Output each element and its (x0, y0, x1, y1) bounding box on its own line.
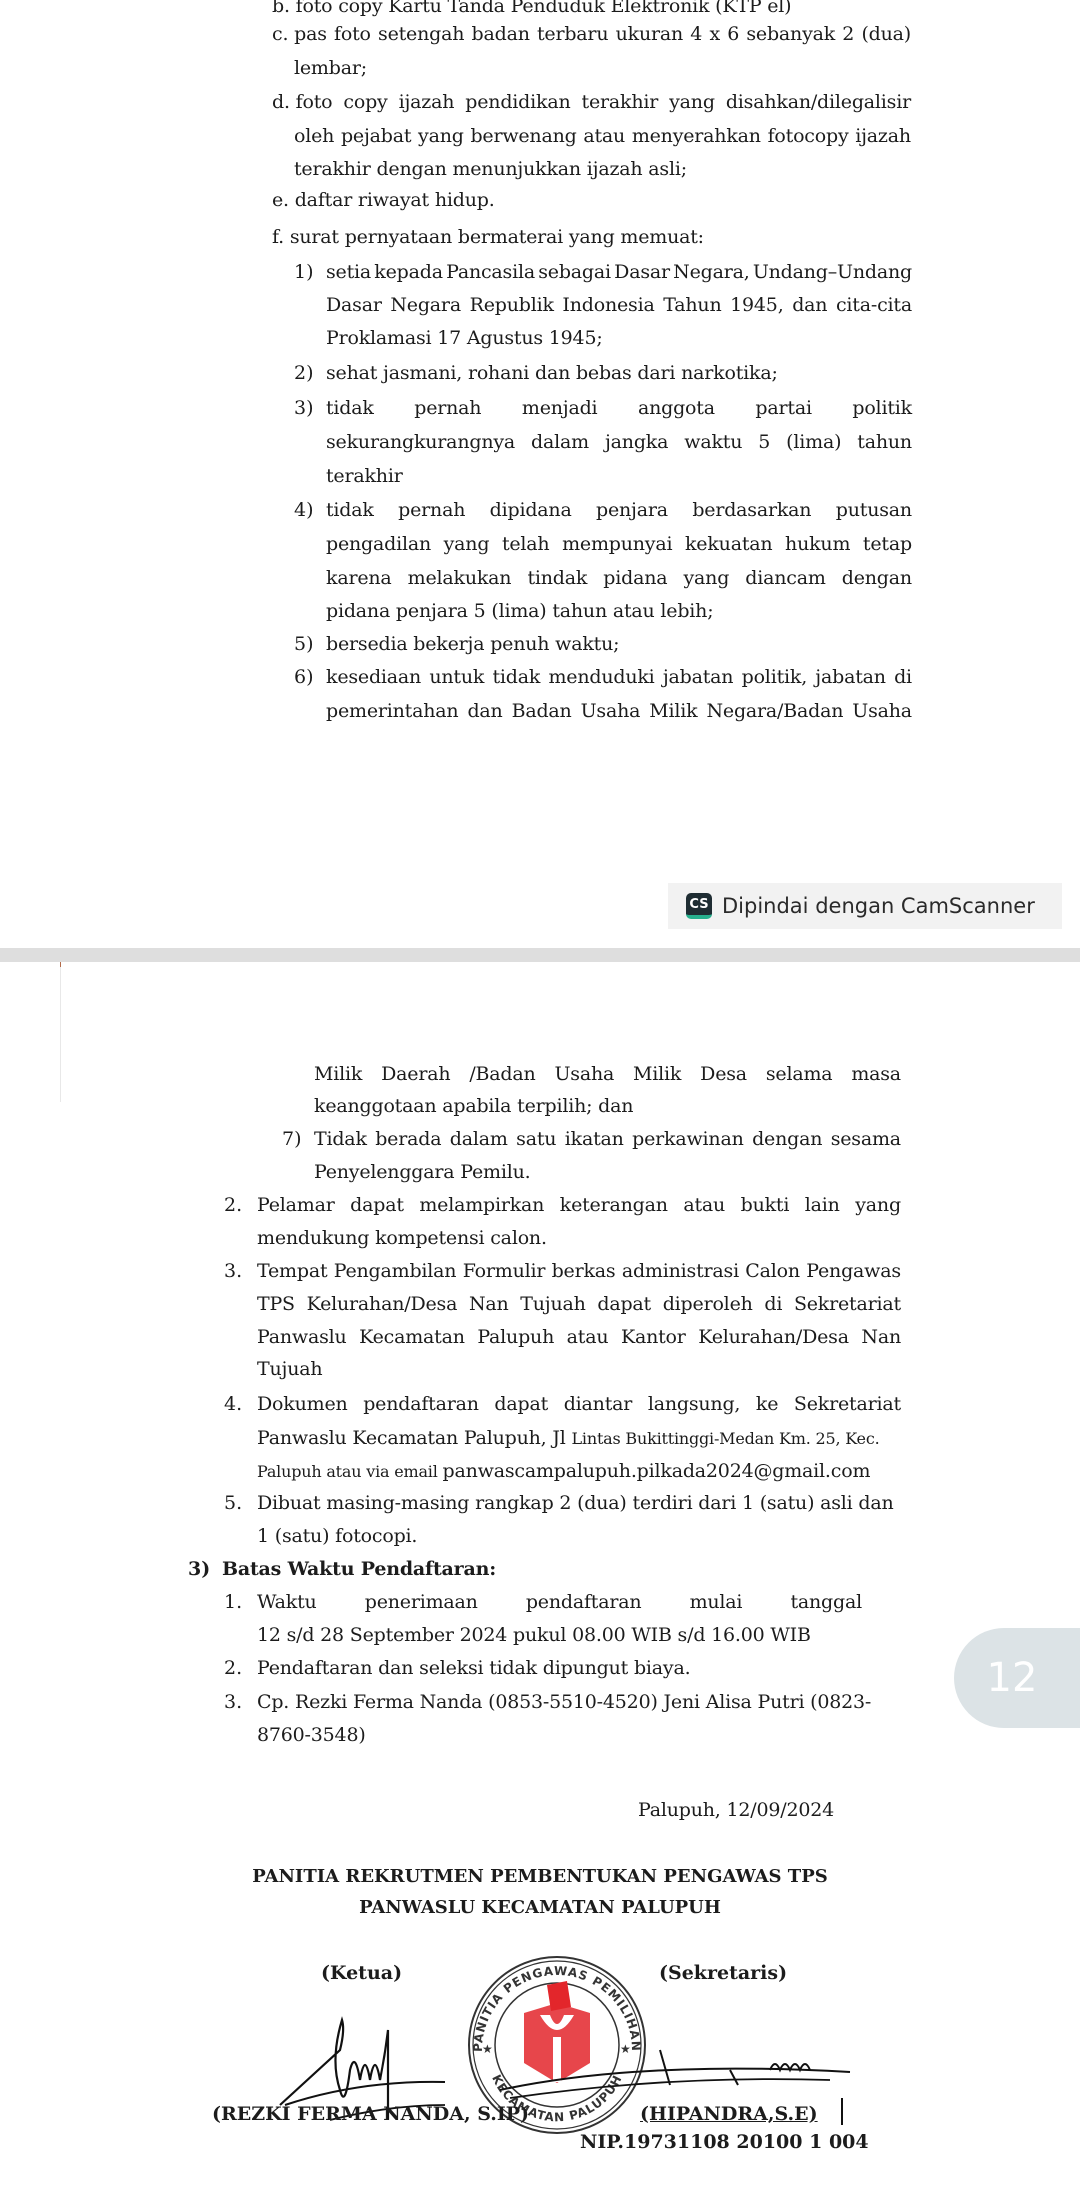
word: Kantor (621, 1325, 686, 1349)
word: Calon (745, 1259, 800, 1283)
item-f5: bersedia bekerja penuh waktu; (326, 632, 619, 656)
word: selama (766, 1062, 833, 1086)
item-4-line2: Panwaslu Kecamatan Palupuh, Jl Lintas Bu… (257, 1426, 879, 1451)
word: Tahun (663, 293, 721, 317)
word: karena (326, 566, 392, 590)
word: sebanyak (746, 22, 835, 46)
scan-edge-line (60, 962, 61, 1102)
item-f4-line1: tidakpernahdipidanapenjaraberdasarkanput… (326, 498, 912, 522)
item-4-line1: Dokumenpendaftarandapatdiantarlangsung,k… (257, 1392, 901, 1416)
word: untuk (429, 665, 484, 689)
word: foto (334, 22, 371, 46)
section-3-title: Batas Waktu Pendaftaran: (222, 1557, 496, 1581)
word: Nan (861, 1325, 901, 1349)
word: partai (755, 396, 811, 420)
word: Tujuah (520, 1292, 585, 1316)
word: pidana (603, 566, 667, 590)
word: dalam (531, 430, 589, 454)
word: dengan (752, 1127, 822, 1151)
word: administrasi (622, 1259, 739, 1283)
word: Formulir (463, 1259, 546, 1283)
page-number-indicator[interactable]: 12 (954, 1628, 1080, 1728)
camscanner-logo-icon: CS (686, 893, 712, 919)
item-3-number: 3. (224, 1259, 242, 1283)
item-d-line2: olehpejabatyangberwenangataumenyerahkanf… (294, 124, 911, 148)
item-f6-number: 6) (294, 665, 314, 689)
word: Milik (649, 699, 697, 723)
word: yang (684, 566, 730, 590)
committee-title-line1: PANITIA REKRUTMEN PEMBENTUKAN PENGAWAS T… (0, 1866, 1080, 1887)
chair-name: (REZKI FERMA NANDA, S.IP) (212, 2103, 529, 2125)
word: jangka (605, 430, 668, 454)
deadline-1-line1: Waktupenerimaanpendaftaranmulaitanggal (257, 1590, 862, 1614)
word: perkawinan (632, 1127, 743, 1151)
word: Nan (469, 1292, 509, 1316)
word: berdasarkan (692, 498, 811, 522)
item-f3-line3: terakhir (326, 464, 403, 488)
word: (dua) (861, 22, 911, 46)
word: pendidikan (465, 90, 570, 114)
item-4-number: 4. (224, 1392, 242, 1416)
word: di (764, 1292, 782, 1316)
item-f1-number: 1) (294, 260, 314, 284)
word: putusan (836, 498, 912, 522)
word: diancam (745, 566, 825, 590)
word: hukum (785, 532, 850, 556)
deadline-1-number: 1. (224, 1590, 242, 1614)
word: di (894, 665, 912, 689)
word: Sekretariat (794, 1292, 901, 1316)
word: menjadi (522, 396, 598, 420)
word: pendaftaran (363, 1392, 479, 1416)
word: dipidana (490, 498, 572, 522)
word: penjara (596, 498, 668, 522)
word: Negara, (673, 260, 749, 284)
item-d-line1: d. fotocopyijazahpendidikanterakhiryangd… (272, 90, 911, 114)
word: c. pas (272, 22, 327, 46)
word: dengan (842, 566, 912, 590)
word: yang (444, 532, 490, 556)
secretary-nip: NIP.19731108 20100 1 004 (580, 2131, 869, 2153)
word: ijazah (855, 124, 911, 148)
word: terakhir (582, 90, 659, 114)
committee-title-line2: PANWASLU KECAMATAN PALUPUH (0, 1897, 1080, 1918)
item-b: b. foto copy Kartu Tanda Penduduk Elektr… (272, 0, 912, 18)
word: fotocopy (768, 124, 849, 148)
word: pemerintahan (326, 699, 458, 723)
word: mulai (690, 1590, 743, 1614)
item-3-line1: TempatPengambilanFormulirberkasadministr… (257, 1259, 901, 1283)
word: atau (683, 1193, 725, 1217)
word: tahun (857, 430, 912, 454)
word: yang (669, 90, 715, 114)
item-c-line1: c. pasfotosetengahbadanterbaruukuran4x6s… (272, 22, 911, 46)
item-f4-line3: karenamelakukantindakpidanayangdiancamde… (326, 566, 912, 590)
word: oleh (294, 124, 334, 148)
deadline-2: Pendaftaran dan seleksi tidak dipungut b… (257, 1656, 690, 1680)
item-f6-line1: kesediaanuntuktidakmendudukijabatanpolit… (326, 665, 912, 689)
item-d-line3: terakhir dengan menunjukkan ijazah asli; (294, 157, 687, 181)
word: Tidak (314, 1127, 367, 1151)
place-date: Palupuh, 12/09/2024 (638, 1798, 834, 1822)
word: Usaha (581, 699, 641, 723)
word: politik, (742, 665, 807, 689)
word: TPS (257, 1292, 295, 1316)
deadline-2-number: 2. (224, 1656, 242, 1680)
word: tidak (326, 498, 374, 522)
item-f4-line2: pengadilanyangtelahmempunyaikekuatanhuku… (326, 532, 912, 556)
word: Usaha (852, 699, 912, 723)
word: Pengambilan (334, 1259, 457, 1283)
word: berada (375, 1127, 441, 1151)
word: pernah (414, 396, 481, 420)
item-5-number: 5. (224, 1491, 242, 1515)
item-f6-line2: pemerintahandanBadanUsahaMilikNegara/Bad… (326, 699, 912, 723)
word: /Badan (469, 1062, 535, 1086)
word: d. foto (272, 90, 332, 114)
item-f7-line2: Penyelenggara Pemilu. (314, 1160, 530, 1184)
word: Negara (390, 293, 461, 317)
item-4-address-part1: Panwaslu Kecamatan Palupuh, Jl (257, 1427, 572, 1449)
word: setia (326, 260, 371, 284)
word: Dasar (326, 293, 382, 317)
word: penerimaan (365, 1590, 478, 1614)
word: lain (805, 1193, 840, 1217)
word: 1945, (730, 293, 783, 317)
item-f1-line1: setiakepadaPancasilasebagaiDasarNegara,U… (326, 260, 912, 284)
deadline-3-line1: Cp. Rezki Ferma Nanda (0853-5510-4520) J… (257, 1690, 871, 1714)
section-3-number: 3) (188, 1557, 210, 1581)
word: pernah (398, 498, 465, 522)
word: ikatan (565, 1127, 624, 1151)
word: Panwaslu (257, 1325, 347, 1349)
word: badan (472, 22, 530, 46)
item-f6-line4: keanggotaan apabila terpilih; dan (314, 1094, 633, 1118)
word: ijazah (399, 90, 455, 114)
word: yang (855, 1193, 901, 1217)
word: Palupuh (477, 1325, 554, 1349)
item-5-line2: 1 (satu) fotocopi. (257, 1524, 417, 1548)
word: sekurangkurangnya (326, 430, 515, 454)
item-3-line4: Tujuah (257, 1357, 322, 1381)
document-page-1: b. foto copy Kartu Tanda Penduduk Elektr… (0, 0, 1080, 948)
item-f7-number: 7) (282, 1127, 302, 1151)
scan-edge-mark (60, 962, 61, 967)
word: 6 (727, 22, 739, 46)
word: pendaftaran (526, 1590, 642, 1614)
word: waktu (684, 430, 742, 454)
item-2-line1: Pelamardapatmelampirkanketeranganataubuk… (257, 1193, 901, 1217)
item-4-line3: Palupuh atau via email panwascampalupuh.… (257, 1459, 870, 1484)
word: dan (467, 699, 502, 723)
item-f3-number: 3) (294, 396, 314, 420)
word: telah (502, 532, 550, 556)
page-separator (0, 948, 1080, 962)
deadline-3-line2: 8760-3548) (257, 1723, 366, 1747)
word: disahkan/dilegalisir (726, 90, 911, 114)
item-f: f. surat pernyataan bermaterai yang memu… (272, 225, 704, 249)
secretary-role-label: (Sekretaris) (659, 1962, 787, 1984)
deadline-1-line2: 12 s/d 28 September 2024 pukul 08.00 WIB… (257, 1623, 811, 1647)
item-4-email: panwascampalupuh.pilkada2024@gmail.com (443, 1460, 871, 1482)
word: copy (343, 90, 387, 114)
item-4-address-part2: Lintas Bukittinggi-Medan Km. 25, Kec. (572, 1429, 880, 1448)
word: atau (567, 1325, 609, 1349)
word: kesediaan (326, 665, 421, 689)
item-f3-line1: tidakpernahmenjadianggotapartaipolitik (326, 396, 912, 420)
word: masa (851, 1062, 901, 1086)
word: politik (852, 396, 912, 420)
word: dapat (597, 1292, 651, 1316)
item-2-line2: mendukung kompetensi calon. (257, 1226, 547, 1250)
secretary-name: (HIPANDRA,S.E) (640, 2103, 818, 2125)
word: tindak (527, 566, 587, 590)
word: Pancasila (446, 260, 535, 284)
word: melakukan (408, 566, 512, 590)
word: pejabat (341, 124, 411, 148)
word: Kecamatan (359, 1325, 465, 1349)
camscanner-watermark: CS Dipindai dengan CamScanner (668, 883, 1062, 929)
word: Waktu (257, 1590, 317, 1614)
chair-role-label: (Ketua) (321, 1962, 402, 1984)
word: langsung, (648, 1392, 740, 1416)
word: dalam (450, 1127, 508, 1151)
word: kekuatan (685, 532, 772, 556)
item-f1-line2: DasarNegaraRepublikIndonesiaTahun1945,da… (326, 293, 912, 317)
item-f4-number: 4) (294, 498, 314, 522)
word: Tempat (257, 1259, 327, 1283)
word: sesama (831, 1127, 901, 1151)
word: Desa (700, 1062, 747, 1086)
word: setengah (378, 22, 464, 46)
item-f2-number: 2) (294, 361, 314, 385)
word: jabatan (815, 665, 886, 689)
word: sebagai (538, 260, 611, 284)
word: Milik (633, 1062, 681, 1086)
word: cita-cita (836, 293, 912, 317)
word: 5 (758, 430, 770, 454)
word: bukti (741, 1193, 790, 1217)
word: tidak (492, 665, 540, 689)
word: Pelamar (257, 1193, 335, 1217)
word: Negara/Badan (706, 699, 843, 723)
word: 2 (842, 22, 854, 46)
item-f4-line4: pidana penjara 5 (lima) tahun atau lebih… (326, 599, 713, 623)
word: melampirkan (419, 1193, 544, 1217)
word: Dokumen (257, 1392, 348, 1416)
word: terbaru (537, 22, 608, 46)
word: Badan (512, 699, 572, 723)
word: dapat (350, 1193, 404, 1217)
item-3-line3: PanwasluKecamatanPalupuhatauKantorKelura… (257, 1325, 901, 1349)
word: dapat (494, 1392, 548, 1416)
word: 4 (690, 22, 702, 46)
item-2-number: 2. (224, 1193, 242, 1217)
item-f5-number: 5) (294, 632, 314, 656)
word: berkas (552, 1259, 616, 1283)
item-f2: sehat jasmani, rohani dan bebas dari nar… (326, 361, 778, 385)
word: Republik (470, 293, 554, 317)
word: Daerah (381, 1062, 450, 1086)
camscanner-text: Dipindai dengan CamScanner (722, 894, 1035, 918)
item-f6-line3: MilikDaerah/BadanUsahaMilikDesaselamamas… (314, 1062, 901, 1086)
word: Usaha (554, 1062, 614, 1086)
word: (lima) (786, 430, 841, 454)
item-f1-line3: Proklamasi 17 Agustus 1945; (326, 326, 603, 350)
word: menyerahkan (632, 124, 761, 148)
word: berwenang (470, 124, 576, 148)
word: tidak (326, 396, 374, 420)
item-5-line1: Dibuat masing-masing rangkap 2 (dua) ter… (257, 1491, 894, 1515)
word: ukuran (616, 22, 683, 46)
word: Sekretariat (794, 1392, 901, 1416)
word: x (709, 22, 720, 46)
word: Kelurahan/Desa (307, 1292, 458, 1316)
word: kepada (374, 260, 443, 284)
item-3-line2: TPSKelurahan/DesaNanTujuahdapatdiperoleh… (257, 1292, 901, 1316)
word: jabatan (663, 665, 734, 689)
word: atau (583, 124, 625, 148)
word: menduduki (548, 665, 654, 689)
word: Undang–Undang (753, 260, 912, 284)
word: Milik (314, 1062, 362, 1086)
word: anggota (638, 396, 715, 420)
word: diperoleh (663, 1292, 753, 1316)
word: yang (418, 124, 464, 148)
item-4-address-part3: Palupuh atau via email (257, 1462, 443, 1481)
word: dan (792, 293, 827, 317)
word: satu (516, 1127, 556, 1151)
word: pengadilan (326, 532, 431, 556)
item-e: e. daftar riwayat hidup. (272, 188, 495, 212)
word: tanggal (790, 1590, 862, 1614)
word: mempunyai (562, 532, 672, 556)
word: ke (756, 1392, 778, 1416)
deadline-3-number: 3. (224, 1690, 242, 1714)
word: tetap (863, 532, 912, 556)
word: diantar (564, 1392, 632, 1416)
word: Indonesia (562, 293, 654, 317)
word: Pengawas (806, 1259, 901, 1283)
item-f7-line1: Tidakberadadalamsatuikatanperkawinandeng… (314, 1127, 901, 1151)
item-f3-line2: sekurangkurangnyadalamjangkawaktu5(lima)… (326, 430, 912, 454)
item-c-line2: lembar; (294, 56, 367, 80)
word: keterangan (560, 1193, 668, 1217)
word: Dasar (614, 260, 670, 284)
word: Kelurahan/Desa (698, 1325, 849, 1349)
